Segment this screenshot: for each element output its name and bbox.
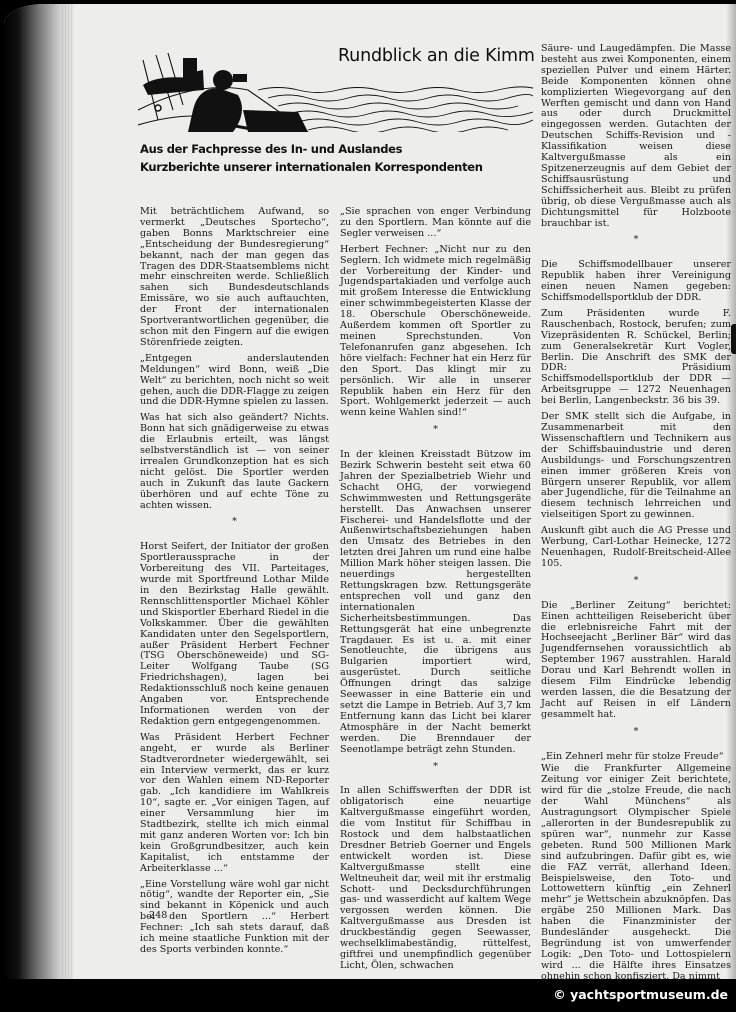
paragraph: Herbert Fechner: „Nicht nur zu den Segle… <box>340 245 531 420</box>
paragraph: „Entgegen anderslautenden Meldungen“ wir… <box>140 354 329 409</box>
paragraph: Zum Präsidenten wurde F. Rauschenbach, R… <box>541 309 731 407</box>
copyright-watermark: © yachtsportmuseum.de <box>553 987 728 1002</box>
section-separator: * <box>541 727 731 738</box>
article-column-middle: „Sie sprachen von enger Verbindung zu de… <box>340 207 531 977</box>
paragraph: „Sie sprachen von enger Verbindung zu de… <box>340 207 531 240</box>
section-separator: * <box>140 517 329 528</box>
magazine-page: Rundblick an die Kimm Aus der Fachpresse… <box>4 4 736 979</box>
section-separator: * <box>541 235 731 246</box>
page-edge-shadow <box>726 4 736 979</box>
paragraph: Was Präsident Herbert Fechner angeht, er… <box>140 733 329 875</box>
paragraph: Der SMK stellt sich die Aufgabe, in Zusa… <box>541 412 731 521</box>
page-edges <box>62 4 72 979</box>
paragraph: Auskunft gibt auch die AG Presse und Wer… <box>541 526 731 570</box>
article-headline: „Ein Zehnerl mehr für stolze Freude“ <box>541 752 731 763</box>
section-subtitle: Aus der Fachpresse des In- und Auslandes <box>140 142 402 156</box>
section-separator: * <box>340 762 531 773</box>
paragraph: In allen Schiffswerften der DDR ist obli… <box>340 786 531 971</box>
binding-clip <box>731 324 736 354</box>
article-column-right: Säure- und Laugedämpfen. Die Masse beste… <box>541 44 731 979</box>
article-column-left: Mit beträchtlichem Aufwand, so vermerkt … <box>140 207 329 961</box>
paragraph: „Eine Vorstellung wäre wohl gar nicht nö… <box>140 880 329 956</box>
section-separator: * <box>541 576 731 587</box>
paragraph: Die „Berliner Zeitung“ berichtet: Einen … <box>541 601 731 721</box>
paragraph: Was hat sich also geändert? Nichts. Bonn… <box>140 413 329 511</box>
paragraph: Mit beträchtlichem Aufwand, so vermerkt … <box>140 207 329 349</box>
paragraph: Säure- und Laugedämpfen. Die Masse beste… <box>541 44 731 229</box>
paragraph: Die Schiffsmodellbauer unserer Republik … <box>541 260 731 304</box>
paragraph: Horst Seifert, der Initiator der großen … <box>140 542 329 727</box>
section-subtitle-2: Kurzberichte unserer internationalen Kor… <box>140 160 483 174</box>
section-separator: * <box>340 425 531 436</box>
paragraph: In der kleinen Kreisstadt Bützow im Bezi… <box>340 450 531 755</box>
page-number: 248 <box>149 910 167 921</box>
section-title: Rundblick an die Kimm <box>338 46 535 66</box>
paragraph: Wie die Frankfurter Allgemeine Zeitung v… <box>541 764 731 979</box>
